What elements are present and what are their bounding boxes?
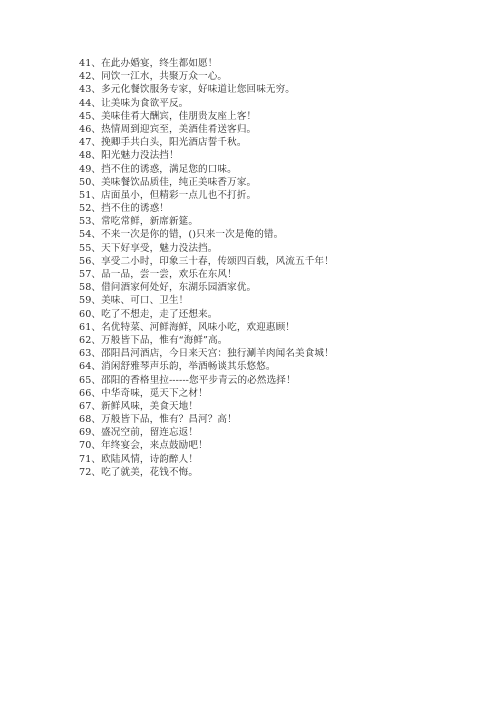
slogan-line: 58、借问酒家何处好，东湖乐园酒家优。: [79, 281, 334, 294]
line-text: 盛况空前，留连忘返！: [101, 427, 198, 438]
line-number: 58、: [79, 281, 101, 294]
line-text: 吃了不想走，走了还想来。: [101, 309, 217, 320]
line-number: 53、: [79, 215, 101, 228]
slogan-line: 45、美味佳肴大酬宾，佳朋贵友座上客！: [79, 110, 334, 123]
line-text: 邵阳昌河酒店，今日来天宫：独行涮羊肉闻名美食城！: [101, 348, 334, 359]
slogan-line: 53、常吃常鲜，新席新筵。: [79, 215, 334, 228]
slogan-line: 42、同饮一江水，共聚万众一心。: [79, 70, 334, 83]
slogan-line: 59、美味、可口、卫生！: [79, 294, 334, 307]
line-number: 59、: [79, 294, 101, 307]
slogan-line: 71、欧陆风情，诗韵醉人！: [79, 453, 334, 466]
line-text: 多元化餐饮服务专家，好味道让您回味无穷。: [101, 84, 295, 95]
slogan-line: 65、邵阳的香格里拉------您平步青云的必然选择！: [79, 374, 334, 387]
slogan-line: 68、万般皆下品，惟有？昌河？高！: [79, 413, 334, 426]
line-number: 60、: [79, 308, 101, 321]
line-text: 年终宴会，来点鼓励吧！: [101, 440, 208, 451]
line-number: 50、: [79, 176, 101, 189]
line-text: 同饮一江水，共聚万众一心。: [101, 71, 227, 82]
line-text: 美味餐饮品质佳，纯正美味香万家。: [101, 177, 256, 188]
line-text: 挽卿手共白头，阳光酒店誓千秋。: [101, 137, 246, 148]
slogan-line: 72、吃了就美，花钱不悔。: [79, 466, 334, 479]
slogan-line: 51、店面虽小，但精彩一点儿也不打折。: [79, 189, 334, 202]
slogan-line: 67、新鲜风味，美食天地！: [79, 400, 334, 413]
line-text: 挡不住的诱惑，满足您的口味。: [101, 164, 237, 175]
line-text: 万般皆下品，惟有“海鲜”高。: [101, 335, 227, 346]
line-text: 借问酒家何处好，东湖乐园酒家优。: [101, 282, 256, 293]
line-number: 66、: [79, 387, 101, 400]
slogan-line: 41、在此办婚宴，终生都如愿！: [79, 57, 334, 70]
slogan-line: 46、热情周到迎宾至，美酒佳肴送客归。: [79, 123, 334, 136]
line-number: 67、: [79, 400, 101, 413]
line-text: 让美味为食欲平反。: [101, 98, 188, 109]
line-number: 64、: [79, 360, 101, 373]
slogan-line: 48、阳光魅力没法挡！: [79, 149, 334, 162]
line-text: 享受二小时，印象三十春，传颂四百载，风流五千年！: [101, 256, 334, 267]
slogan-line: 47、挽卿手共白头，阳光酒店誓千秋。: [79, 136, 334, 149]
line-number: 72、: [79, 466, 101, 479]
line-text: 邵阳的香格里拉------您平步青云的必然选择！: [101, 375, 296, 386]
line-number: 57、: [79, 268, 101, 281]
line-text: 热情周到迎宾至，美酒佳肴送客归。: [101, 124, 256, 135]
line-number: 45、: [79, 110, 101, 123]
slogan-line: 43、多元化餐饮服务专家，好味道让您回味无穷。: [79, 83, 334, 96]
line-text: 欧陆风情，诗韵醉人！: [101, 454, 198, 465]
line-number: 61、: [79, 321, 101, 334]
line-number: 49、: [79, 163, 101, 176]
line-number: 55、: [79, 242, 101, 255]
line-number: 56、: [79, 255, 101, 268]
line-number: 47、: [79, 136, 101, 149]
slogan-line: 70、年终宴会，来点鼓励吧！: [79, 439, 334, 452]
line-text: 中华奇味，觅天下之材！: [101, 388, 208, 399]
line-text: 天下好享受，魅力没法挡。: [101, 243, 217, 254]
line-number: 48、: [79, 149, 101, 162]
line-text: 挡不住的诱惑！: [101, 203, 169, 214]
slogan-line: 62、万般皆下品，惟有“海鲜”高。: [79, 334, 334, 347]
slogan-line: 54、不来一次是你的错，()只来一次是俺的错。: [79, 228, 334, 241]
line-number: 51、: [79, 189, 101, 202]
slogan-list: 41、在此办婚宴，终生都如愿！42、同饮一江水，共聚万众一心。43、多元化餐饮服…: [79, 57, 334, 479]
line-number: 69、: [79, 426, 101, 439]
line-text: 在此办婚宴，终生都如愿！: [101, 58, 217, 69]
slogan-line: 50、美味餐饮品质佳，纯正美味香万家。: [79, 176, 334, 189]
line-number: 71、: [79, 453, 101, 466]
line-text: 名优特菜、河鲜海鲜，风味小吃，欢迎惠顾！: [101, 322, 295, 333]
line-text: 阳光魅力没法挡！: [101, 150, 179, 161]
line-number: 46、: [79, 123, 101, 136]
slogan-line: 64、消闲舒雅琴声乐韵，举酒畅谈其乐悠悠。: [79, 360, 334, 373]
line-text: 常吃常鲜，新席新筵。: [101, 216, 198, 227]
line-text: 品一品，尝一尝，欢乐在东风！: [101, 269, 237, 280]
slogan-line: 61、名优特菜、河鲜海鲜，风味小吃，欢迎惠顾！: [79, 321, 334, 334]
slogan-line: 57、品一品，尝一尝，欢乐在东风！: [79, 268, 334, 281]
line-text: 新鲜风味，美食天地！: [101, 401, 198, 412]
line-number: 65、: [79, 374, 101, 387]
line-text: 吃了就美，花钱不悔。: [101, 467, 198, 478]
line-number: 41、: [79, 57, 101, 70]
slogan-line: 44、让美味为食欲平反。: [79, 97, 334, 110]
line-number: 70、: [79, 439, 101, 452]
document-page: 41、在此办婚宴，终生都如愿！42、同饮一江水，共聚万众一心。43、多元化餐饮服…: [0, 0, 500, 708]
line-number: 44、: [79, 97, 101, 110]
slogan-line: 69、盛况空前，留连忘返！: [79, 426, 334, 439]
slogan-line: 60、吃了不想走，走了还想来。: [79, 308, 334, 321]
slogan-line: 63、邵阳昌河酒店，今日来天宫：独行涮羊肉闻名美食城！: [79, 347, 334, 360]
line-text: 消闲舒雅琴声乐韵，举酒畅谈其乐悠悠。: [101, 361, 276, 372]
slogan-line: 52、挡不住的诱惑！: [79, 202, 334, 215]
slogan-line: 55、天下好享受，魅力没法挡。: [79, 242, 334, 255]
line-text: 美味、可口、卫生！: [101, 295, 188, 306]
line-text: 店面虽小，但精彩一点儿也不打折。: [101, 190, 256, 201]
line-number: 43、: [79, 83, 101, 96]
line-number: 63、: [79, 347, 101, 360]
slogan-line: 56、享受二小时，印象三十春，传颂四百载，风流五千年！: [79, 255, 334, 268]
line-text: 万般皆下品，惟有？昌河？高！: [101, 414, 237, 425]
slogan-line: 66、中华奇味，觅天下之材！: [79, 387, 334, 400]
line-text: 美味佳肴大酬宾，佳朋贵友座上客！: [101, 111, 256, 122]
line-number: 54、: [79, 228, 101, 241]
line-text: 不来一次是你的错，()只来一次是俺的错。: [101, 229, 283, 240]
slogan-line: 49、挡不住的诱惑，满足您的口味。: [79, 163, 334, 176]
line-number: 42、: [79, 70, 101, 83]
line-number: 62、: [79, 334, 101, 347]
line-number: 68、: [79, 413, 101, 426]
line-number: 52、: [79, 202, 101, 215]
